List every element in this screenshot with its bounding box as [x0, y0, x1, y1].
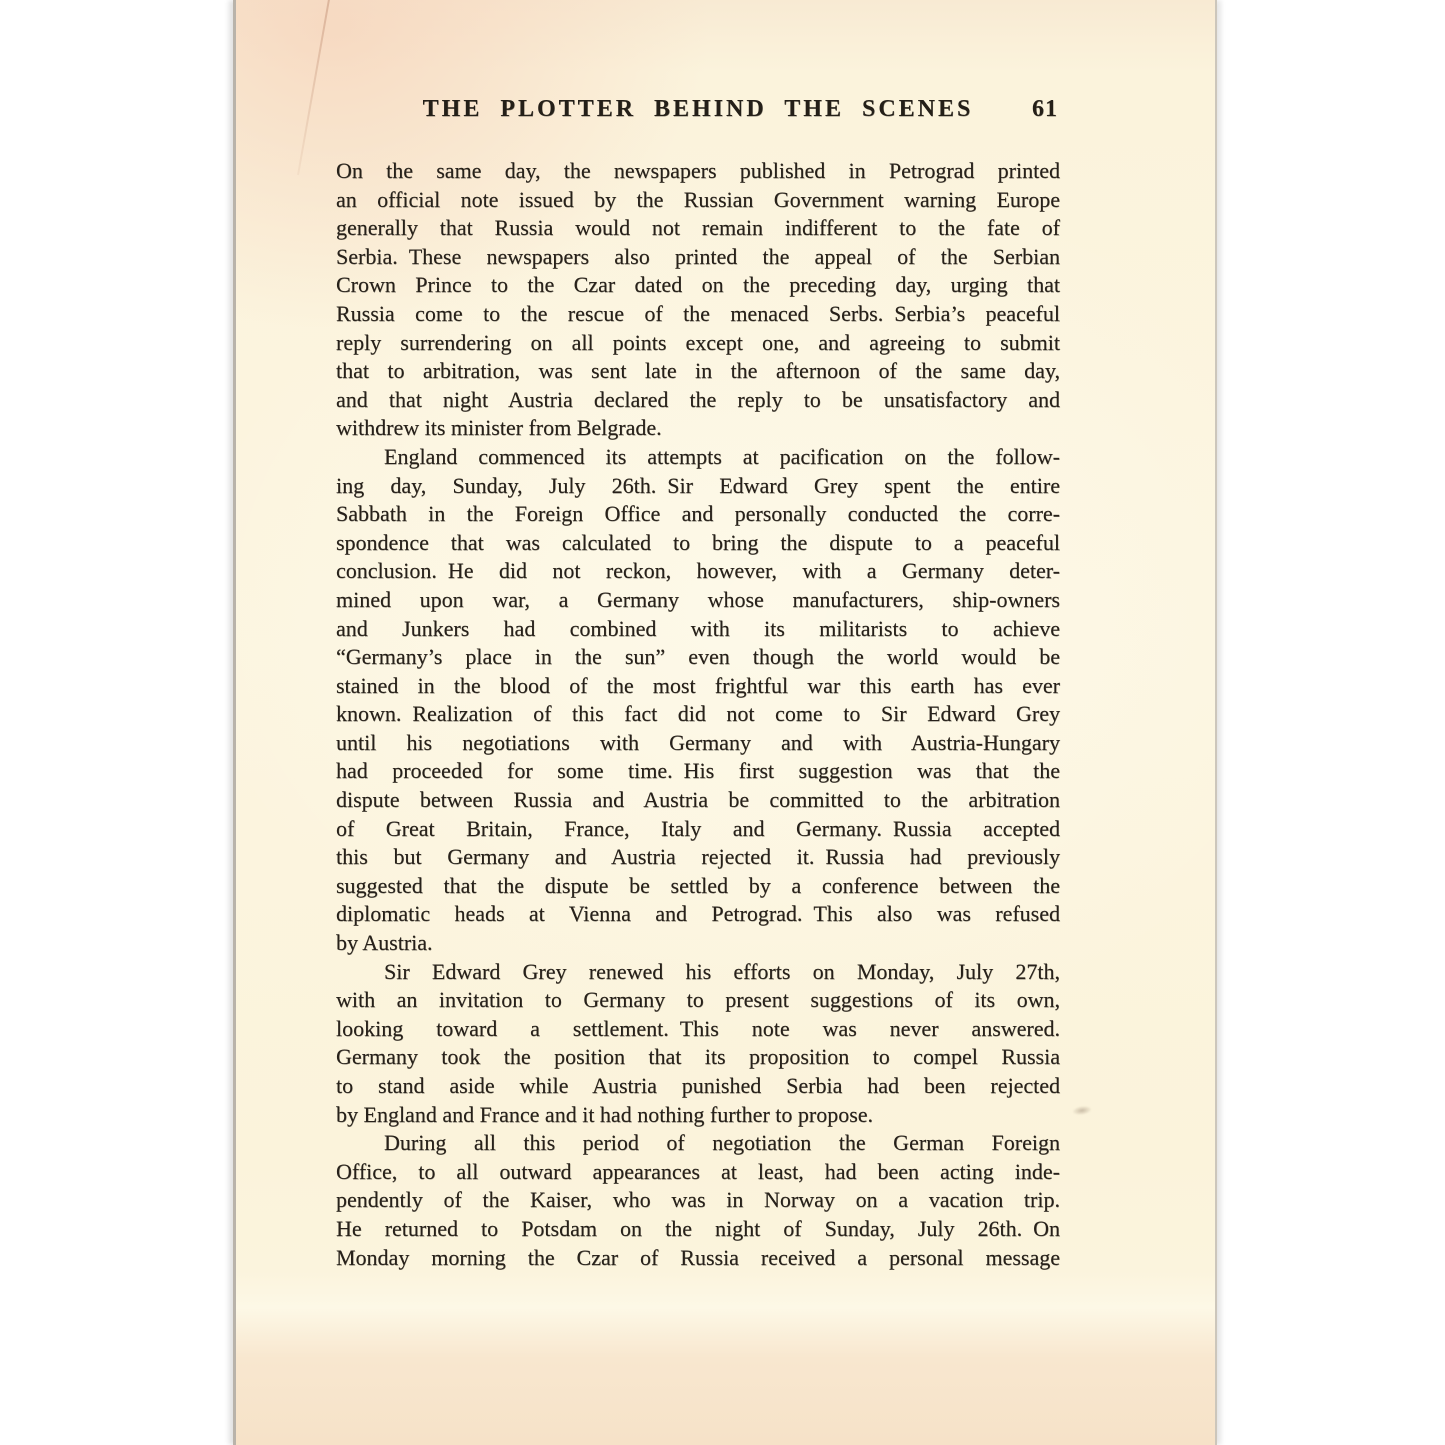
text-line: diplomatic heads at Vienna and Petrograd… [336, 900, 1060, 929]
text-line: Germany took the position that its propo… [336, 1043, 1060, 1072]
ink-smudge [1071, 1105, 1092, 1117]
crease-mark [297, 0, 332, 175]
text-line: “Germany’s place in the sun” even though… [336, 643, 1060, 672]
text-line: dispute between Russia and Austria be co… [336, 786, 1060, 815]
text-line: spondence that was calculated to bring t… [336, 529, 1060, 558]
text-line: that to arbitration, was sent late in th… [336, 357, 1060, 386]
running-header-title: THE PLOTTER BEHIND THE SCENES [336, 96, 1060, 123]
text-line: looking toward a settlement. This note w… [336, 1015, 1060, 1044]
text-line: until his negotiations with Germany and … [336, 729, 1060, 758]
text-line: During all this period of negotiation th… [336, 1129, 1060, 1158]
text-line: this but Germany and Austria rejected it… [336, 843, 1060, 872]
text-line: to stand aside while Austria punished Se… [336, 1072, 1060, 1101]
text-line: England commenced its attempts at pacifi… [336, 443, 1060, 472]
text-line: Office, to all outward appearances at le… [336, 1158, 1060, 1187]
text-line: and Junkers had combined with its milita… [336, 615, 1060, 644]
text-line: conclusion. He did not reckon, however, … [336, 557, 1060, 586]
text-line: Monday morning the Czar of Russia receiv… [336, 1244, 1060, 1273]
text-line: by Austria. [336, 929, 1060, 958]
scan-background: THE PLOTTER BEHIND THE SCENES 61 On the … [0, 0, 1445, 1445]
text-line: pendently of the Kaiser, who was in Norw… [336, 1186, 1060, 1215]
text-line: had proceeded for some time. His first s… [336, 757, 1060, 786]
text-line: Crown Prince to the Czar dated on the pr… [336, 271, 1060, 300]
text-line: Sabbath in the Foreign Office and person… [336, 500, 1060, 529]
text-line: suggested that the dispute be settled by… [336, 872, 1060, 901]
text-line: Serbia. These newspapers also printed th… [336, 243, 1060, 272]
text-line: ing day, Sunday, July 26th. Sir Edward G… [336, 472, 1060, 501]
text-line: Russia come to the rescue of the menaced… [336, 300, 1060, 329]
text-line: with an invitation to Germany to present… [336, 986, 1060, 1015]
text-line: mined upon war, a Germany whose manufact… [336, 586, 1060, 615]
text-line: of Great Britain, France, Italy and Germ… [336, 815, 1060, 844]
text-line: On the same day, the newspapers publishe… [336, 157, 1060, 186]
page-number: 61 [1032, 96, 1058, 123]
text-line: an official note issued by the Russian G… [336, 186, 1060, 215]
page-header: THE PLOTTER BEHIND THE SCENES 61 [336, 96, 1060, 128]
text-line: known. Realization of this fact did not … [336, 700, 1060, 729]
text-line: by England and France and it had nothing… [336, 1101, 1060, 1130]
text-line: withdrew its minister from Belgrade. [336, 414, 1060, 443]
text-line: and that night Austria declared the repl… [336, 386, 1060, 415]
text-line: stained in the blood of the most frightf… [336, 672, 1060, 701]
book-page: THE PLOTTER BEHIND THE SCENES 61 On the … [233, 0, 1217, 1445]
text-line: He returned to Potsdam on the night of S… [336, 1215, 1060, 1244]
text-line: Sir Edward Grey renewed his efforts on M… [336, 958, 1060, 987]
page-body: On the same day, the newspapers publishe… [336, 157, 1060, 1272]
text-line: reply surrendering on all points except … [336, 329, 1060, 358]
text-line: generally that Russia would not remain i… [336, 214, 1060, 243]
